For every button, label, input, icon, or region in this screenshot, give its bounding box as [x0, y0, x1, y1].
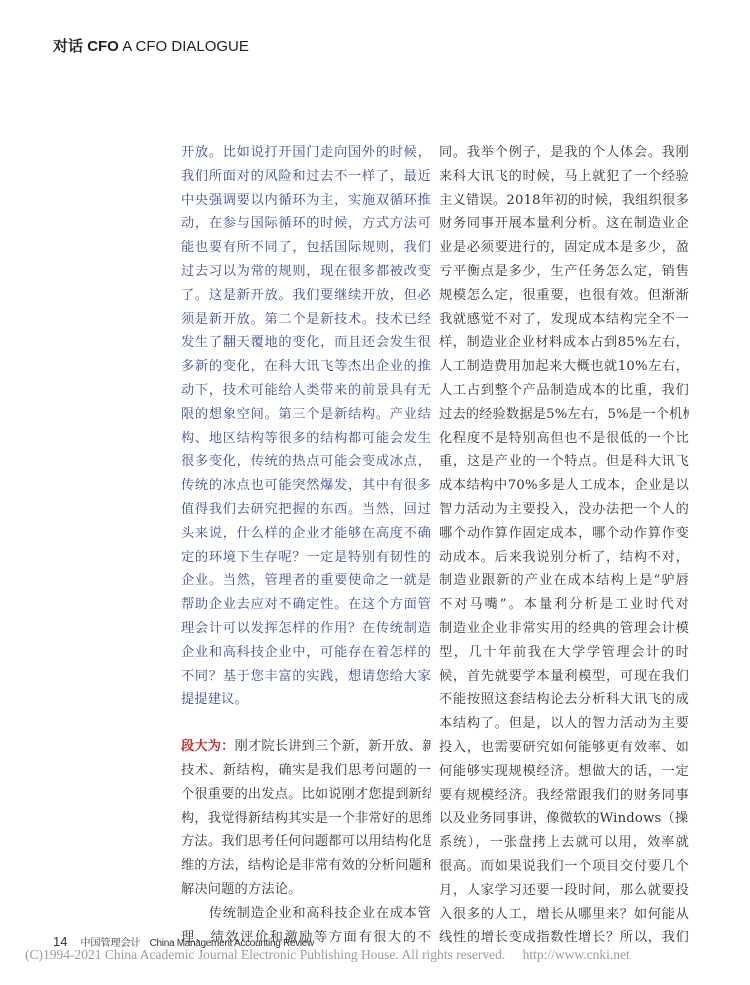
text-line: 中央强调要以内循环为主，实施双循环推: [181, 189, 431, 213]
text-line: 传统制造企业和高科技企业在成本管: [181, 902, 431, 926]
text-line: 理会计可以发挥怎样的作用？在传统制造: [181, 617, 431, 641]
text-line: 技术、新结构，确实是我们思考问题的一: [181, 759, 431, 783]
text-line: 过去习以为常的规则，现在很多都被改变: [181, 260, 431, 284]
text-line: 维的方法，结构论是非常有效的分析问题和: [181, 854, 431, 878]
text-line: 同。我举个例子，是我的个人体会。我刚: [439, 141, 689, 165]
text-line: 制造业跟新的产业在成本结构上是“驴唇: [439, 569, 689, 593]
text-line: 本结构了。但是，以人的智力活动为主要: [439, 712, 689, 736]
text-line: 成本结构中70%多是人工成本，企业是以: [439, 474, 689, 498]
text-line: 个很重要的出发点。比如说刚才您提到新结: [181, 783, 431, 807]
section-header: 对话 CFO A CFO DIALOGUE: [53, 35, 249, 56]
text-line: 段大为：刚才院长讲到三个新，新开放、新: [181, 735, 431, 759]
source-url: http://www.cnki.net: [523, 947, 630, 962]
text-line: 动下，技术可能给人类带来的前景具有无: [181, 379, 431, 403]
text-line: 传统的冰点也可能突然爆发，其中有很多: [181, 474, 431, 498]
section-title-en: A CFO DIALOGUE: [122, 38, 249, 55]
text-line: 人工制造费用加起来大概也就10%左右，: [439, 355, 689, 379]
text-line: 要有规模经济。我经常跟我们的财务同事: [439, 784, 689, 808]
text-line: 不同？基于您丰富的实践，想请您给大家: [181, 665, 431, 689]
text-line: 重，这是产业的一个特点。但是科大讯飞: [439, 450, 689, 474]
text-line: 投入，也需要研究如何能够更有效率、如: [439, 736, 689, 760]
text-line: 人工占到整个产品制造成本的比重，我们: [439, 379, 689, 403]
text-line: 哪个动作算作固定成本，哪个动作算作变: [439, 522, 689, 546]
text-line: 化程度不是特别高但也不是很低的一个比: [439, 427, 689, 451]
text-line: 定的环境下生存呢？一定是特别有韧性的: [181, 546, 431, 570]
text-line: 值得我们去研究把握的东西。当然，回过: [181, 498, 431, 522]
text-line: 构，我觉得新结构其实是一个非常好的思维: [181, 807, 431, 831]
text-line: 提提建议。: [181, 688, 431, 712]
text-line: 制造业企业非常实用的经典的管理会计模: [439, 617, 689, 641]
speaker-name: 段大为：: [181, 739, 235, 754]
right-column: 同。我举个例子，是我的个人体会。我刚 来科大讯飞的时候，马上就犯了一个经验 主义…: [439, 141, 689, 950]
text-line: 帮助企业去应对不确定性。在这个方面管: [181, 593, 431, 617]
text-line: 我们所面对的风险和过去不一样了，最近: [181, 165, 431, 189]
section-title-cfo: CFO: [87, 38, 119, 55]
text-line: 主义错误。2018年初的时候，我组织很多: [439, 189, 689, 213]
text-line: 何能够实现规模经济。想做大的话，一定: [439, 760, 689, 784]
text-line: 样，制造业企业材料成本占到85%左右，: [439, 331, 689, 355]
section-title-cn: 对话: [53, 38, 83, 55]
text-line: 了。这是新开放。我们要继续开放，但必: [181, 284, 431, 308]
text-line: 业是必须要进行的，固定成本是多少，盈: [439, 236, 689, 260]
text-line: 动，在参与国际循环的时候，方式方法可: [181, 212, 431, 236]
text-line: 亏平衡点是多少，生产任务怎么定，销售: [439, 260, 689, 284]
text-line: 候，首先就要学本量利模型，可现在我们: [439, 665, 689, 689]
text-line: 须是新开放。第二个是新技术。技术已经: [181, 308, 431, 332]
text-line: 以及业务同事讲，像微软的Windows（操作: [439, 807, 689, 831]
text-line: 智力活动为主要投入，没办法把一个人的: [439, 498, 689, 522]
text-line: 规模怎么定，很重要，也很有效。但渐渐: [439, 284, 689, 308]
left-column: 开放。比如说打开国门走向国外的时候， 我们所面对的风险和过去不一样了，最近 中央…: [181, 141, 431, 949]
text-line: 我就感觉不对了，发现成本结构完全不一: [439, 308, 689, 332]
text-line: 头来说，什么样的企业才能够在高度不确: [181, 522, 431, 546]
text-line: 不对马嘴”。本量利分析是工业时代对: [439, 593, 689, 617]
paragraph-gap: [181, 712, 431, 735]
interviewee-answer: 段大为：刚才院长讲到三个新，新开放、新 技术、新结构，确实是我们思考问题的一 个…: [181, 735, 431, 949]
text-line: 系统），一张盘拷上去就可以用，效率就: [439, 831, 689, 855]
text-line: 构、地区结构等很多的结构都可能会发生: [181, 427, 431, 451]
text-line: 不能按照这套结构论去分析科大讯飞的成: [439, 688, 689, 712]
text-line: 财务同事开展本量利分析。这在制造业企: [439, 212, 689, 236]
text-line: 入很多的人工，增长从哪里来？如何能从: [439, 903, 689, 927]
interviewer-question: 开放。比如说打开国门走向国外的时候， 我们所面对的风险和过去不一样了，最近 中央…: [181, 141, 431, 712]
text-line: 发生了翻天覆地的变化，而且还会发生很: [181, 331, 431, 355]
text-line: 多新的变化，在科大讯飞等杰出企业的推: [181, 355, 431, 379]
text-line: 开放。比如说打开国门走向国外的时候，: [181, 141, 431, 165]
answer-first-line: 刚才院长讲到三个新，新开放、新: [235, 739, 431, 754]
text-line: 企业。当然，管理者的重要使命之一就是: [181, 569, 431, 593]
copyright-watermark: (C)1994-2021 China Academic Journal Elec…: [25, 947, 630, 963]
text-line: 很多变化，传统的热点可能会变成冰点，: [181, 450, 431, 474]
copyright-text: (C)1994-2021 China Academic Journal Elec…: [25, 947, 505, 962]
text-line: 动成本。后来我说别分析了，结构不对，: [439, 546, 689, 570]
text-line: 来科大讯飞的时候，马上就犯了一个经验: [439, 165, 689, 189]
text-line: 企业和高科技企业中，可能存在着怎样的: [181, 641, 431, 665]
text-line: 很高。而如果说我们一个项目交付要几个: [439, 855, 689, 879]
text-line: 型，几十年前我在大学学管理会计的时: [439, 641, 689, 665]
text-line: 能也要有所不同了，包括国际规则，我们: [181, 236, 431, 260]
text-line: 月，人家学习还要一段时间，那么就要投: [439, 879, 689, 903]
text-line: 解决问题的方法论。: [181, 878, 431, 902]
text-line: 过去的经验数据是5%左右，5%是一个机械: [439, 403, 689, 427]
text-line: 方法。我们思考任何问题都可以用结构化思: [181, 830, 431, 854]
text-line: 限的想象空间。第三个是新结构。产业结: [181, 403, 431, 427]
